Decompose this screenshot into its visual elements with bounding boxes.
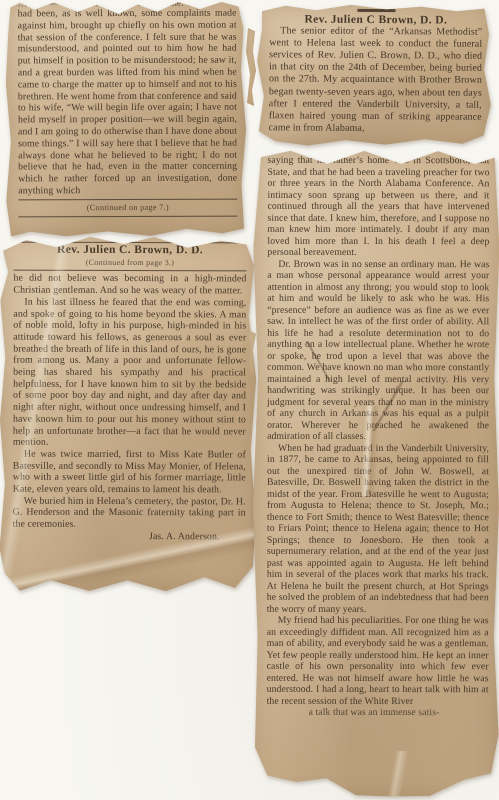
clipping-right-main-paper: saying that his father’s home was in Sco… [252,151,499,799]
continued-on-note: (Continued on page 7.) [18,201,237,214]
clipping-paragraph: Dr. Brown was in no sense an ordinary ma… [267,258,489,442]
clipping-paragraph: We buried him in Helena’s cemetery, the … [13,495,246,531]
clipping-paragraph: The senior editor of the “Arkansas Metho… [269,25,483,135]
clipping-paragraph: My friend had his peculiarities. For one… [267,615,489,707]
torn-text-fragment: …t to ——— his own ——— n and mine. There [18,0,237,8]
clipping-left-top-paper: …t to ——— his own ——— n and mine. There … [6,0,247,236]
header-rule [13,270,246,272]
clipping-left-top: …t to ——— his own ——— n and mine. There … [6,0,246,236]
continued-from-note: (Continued from page 3.) [14,256,247,269]
clipping-right-top: Rev. Julien C Brown, D. D. The senior ed… [257,5,491,146]
divider-rule [18,215,237,217]
clipping-left-main: Rev. Julien C. Brown, D. D. (Continued f… [0,237,256,591]
clipping-paragraph: In his last illness he feared that the e… [13,296,247,449]
clipping-right-main: saying that his father’s home was in Sco… [253,151,499,799]
torn-text-fragment: a talk that was an immense satis- [267,707,489,719]
clipping-paragraph: he did not believe was becoming in a hig… [13,273,246,297]
clipping-paragraph: When he had graduated in the Vanderbilt … [267,442,489,615]
clipping-right-top-paper: Rev. Julien C Brown, D. D. The senior ed… [257,4,492,147]
article-headline: Rev. Julien C. Brown, D. D. [14,245,247,258]
torn-paper-sliver [246,28,256,106]
clipping-paragraph: He was twice married, first to Miss Kate… [13,449,246,497]
author-signature: Jas. A. Anderson. [13,530,246,543]
divider-rule [18,198,237,200]
clipping-left-main-paper: Rev. Julien C. Brown, D. D. (Continued f… [0,237,257,592]
clipping-paragraph: saying that his father’s home was in Sco… [267,155,489,259]
scanned-page: …t to ——— his own ——— n and mine. There … [0,0,499,800]
headline-bar [357,9,395,12]
clipping-paragraph: had been, as is well known, some complai… [18,8,238,198]
